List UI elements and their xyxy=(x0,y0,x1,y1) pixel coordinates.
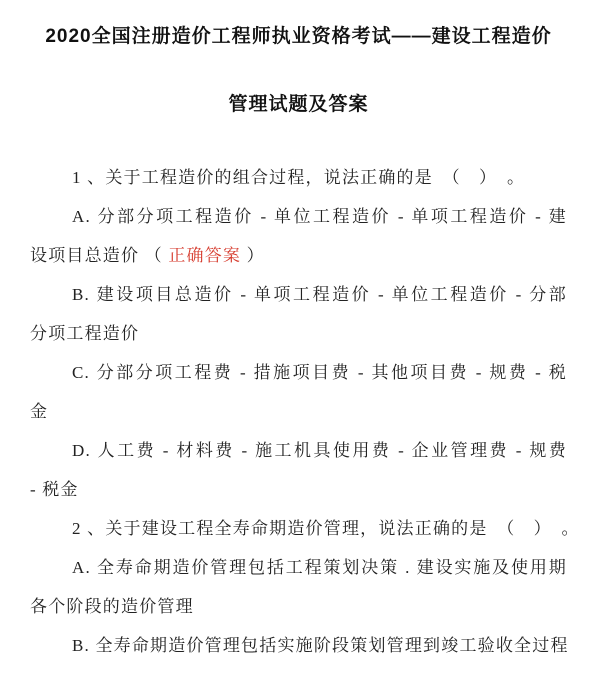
document-body: 1 、关于工程造价的组合过程，说法正确的是 （ ） 。 A. 分部分项工程造价 … xyxy=(0,158,597,665)
q1-option-a-line-2-close: ） xyxy=(241,246,265,265)
q1-option-a-line-2-text: 设项目总造价 （ xyxy=(30,246,168,265)
correct-answer-label: 正确答案 xyxy=(168,246,241,265)
q2-option-b-line-1: B. 全寿命期造价管理包括实施阶段策划管理到竣工验收全过程 xyxy=(30,626,567,665)
q1-option-d-line-2: - 税金 xyxy=(30,470,567,509)
q1-option-d-line-1: D. 人工费 - 材料费 - 施工机具使用费 - 企业管理费 - 规费 xyxy=(30,431,567,470)
q2-question: 2 、关于建设工程全寿命期造价管理，说法正确的是 （ ） 。 xyxy=(30,509,567,548)
document-title-line-1: 2020全国注册造价工程师执业资格考试——建设工程造价 xyxy=(0,24,597,50)
q2-option-a-line-2: 各个阶段的造价管理 xyxy=(30,587,567,626)
document-page: 2020全国注册造价工程师执业资格考试——建设工程造价 管理试题及答案 1 、关… xyxy=(0,0,597,673)
q1-option-b-line-2: 分项工程造价 xyxy=(30,314,567,353)
q2-option-a-line-1: A. 全寿命期造价管理包括工程策划决策 . 建设实施及使用期 xyxy=(30,548,567,587)
q1-option-c-line-2: 金 xyxy=(30,392,567,431)
q1-question: 1 、关于工程造价的组合过程，说法正确的是 （ ） 。 xyxy=(30,158,567,197)
q1-option-c-line-1: C. 分部分项工程费 - 措施项目费 - 其他项目费 - 规费 - 税 xyxy=(30,353,567,392)
document-title-line-2: 管理试题及答案 xyxy=(0,92,597,118)
q1-option-a-line-2: 设项目总造价 （ 正确答案 ） xyxy=(30,236,567,275)
q1-option-b-line-1: B. 建设项目总造价 - 单项工程造价 - 单位工程造价 - 分部 xyxy=(30,275,567,314)
q1-option-a-line-1: A. 分部分项工程造价 - 单位工程造价 - 单项工程造价 - 建 xyxy=(30,197,567,236)
